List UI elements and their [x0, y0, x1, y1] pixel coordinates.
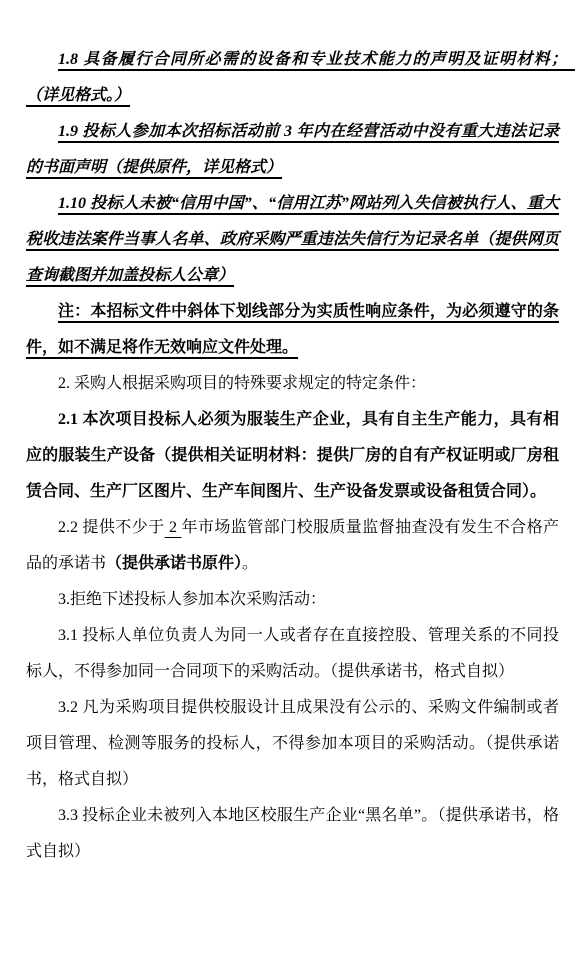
paragraph-section-2: 2. 采购人根据采购项目的特殊要求规定的特定条件： [26, 366, 559, 402]
section-2-heading-text: 2. 采购人根据采购项目的特殊要求规定的特定条件： [58, 375, 426, 392]
section-3-heading-text: 3.拒绝下述投标人参加本次采购活动： [58, 591, 326, 608]
note-text: 注：本招标文件中斜体下划线部分为实质性响应条件，为必须遵守的条件，如不满足将作无… [26, 303, 559, 356]
clause-3-2-text: 3.2 凡为采购项目提供校服设计且成果没有公示的、采购文件编制或者项目管理、检测… [26, 699, 559, 788]
paragraph-clause-1-9: 1.9 投标人参加本次招标活动前 3 年内在经营活动中没有重大违法记录的书面声明… [26, 114, 559, 186]
paragraph-clause-2-2: 2.2 提供不少于 2 年市场监管部门校服质量监督抽查没有发生不合格产品的承诺书… [26, 510, 559, 582]
clause-2-2-bold-note: （提供承诺书原件） [106, 555, 242, 572]
clause-2-2-text-end: 。 [242, 555, 258, 572]
clause-3-3-text: 3.3 投标企业未被列入本地区校服生产企业“黑名单”。（提供承诺书，格式自拟） [26, 807, 559, 860]
clause-2-2-text-lead: 2.2 提供不少于 [58, 519, 165, 536]
document-page: 1.8 具备履行合同所必需的设备和专业技术能力的声明及证明材料； （详见格式。）… [0, 0, 585, 972]
clause-1-9-text: 1.9 投标人参加本次招标活动前 3 年内在经营活动中没有重大违法记录的书面声明… [26, 123, 559, 176]
paragraph-clause-3-1: 3.1 投标人单位负责人为同一人或者存在直接控股、管理关系的不同投标人，不得参加… [26, 618, 559, 690]
paragraph-note: 注：本招标文件中斜体下划线部分为实质性响应条件，为必须遵守的条件，如不满足将作无… [26, 294, 559, 366]
paragraph-clause-1-10: 1.10 投标人未被“信用中国”、“信用江苏”网站列入失信被执行人、重大税收违法… [26, 186, 559, 294]
paragraph-clause-3-2: 3.2 凡为采购项目提供校服设计且成果没有公示的、采购文件编制或者项目管理、检测… [26, 690, 559, 798]
document-body: 1.8 具备履行合同所必需的设备和专业技术能力的声明及证明材料； （详见格式。）… [26, 42, 559, 870]
paragraph-clause-3-3: 3.3 投标企业未被列入本地区校服生产企业“黑名单”。（提供承诺书，格式自拟） [26, 798, 559, 870]
clause-2-1-text: 2.1 本次项目投标人必须为服装生产企业，具有自主生产能力，具有相应的服装生产设… [26, 411, 559, 500]
paragraph-section-3: 3.拒绝下述投标人参加本次采购活动： [26, 582, 559, 618]
paragraph-clause-1-8: 1.8 具备履行合同所必需的设备和专业技术能力的声明及证明材料； （详见格式。） [26, 42, 559, 114]
clause-1-10-text: 1.10 投标人未被“信用中国”、“信用江苏”网站列入失信被执行人、重大税收违法… [26, 195, 559, 284]
clause-2-2-filled-blank: 2 [165, 519, 182, 536]
clause-3-1-text: 3.1 投标人单位负责人为同一人或者存在直接控股、管理关系的不同投标人，不得参加… [26, 627, 559, 680]
clause-1-8-text: 1.8 具备履行合同所必需的设备和专业技术能力的声明及证明材料； （详见格式。） [26, 51, 575, 104]
paragraph-clause-2-1: 2.1 本次项目投标人必须为服装生产企业，具有自主生产能力，具有相应的服装生产设… [26, 402, 559, 510]
